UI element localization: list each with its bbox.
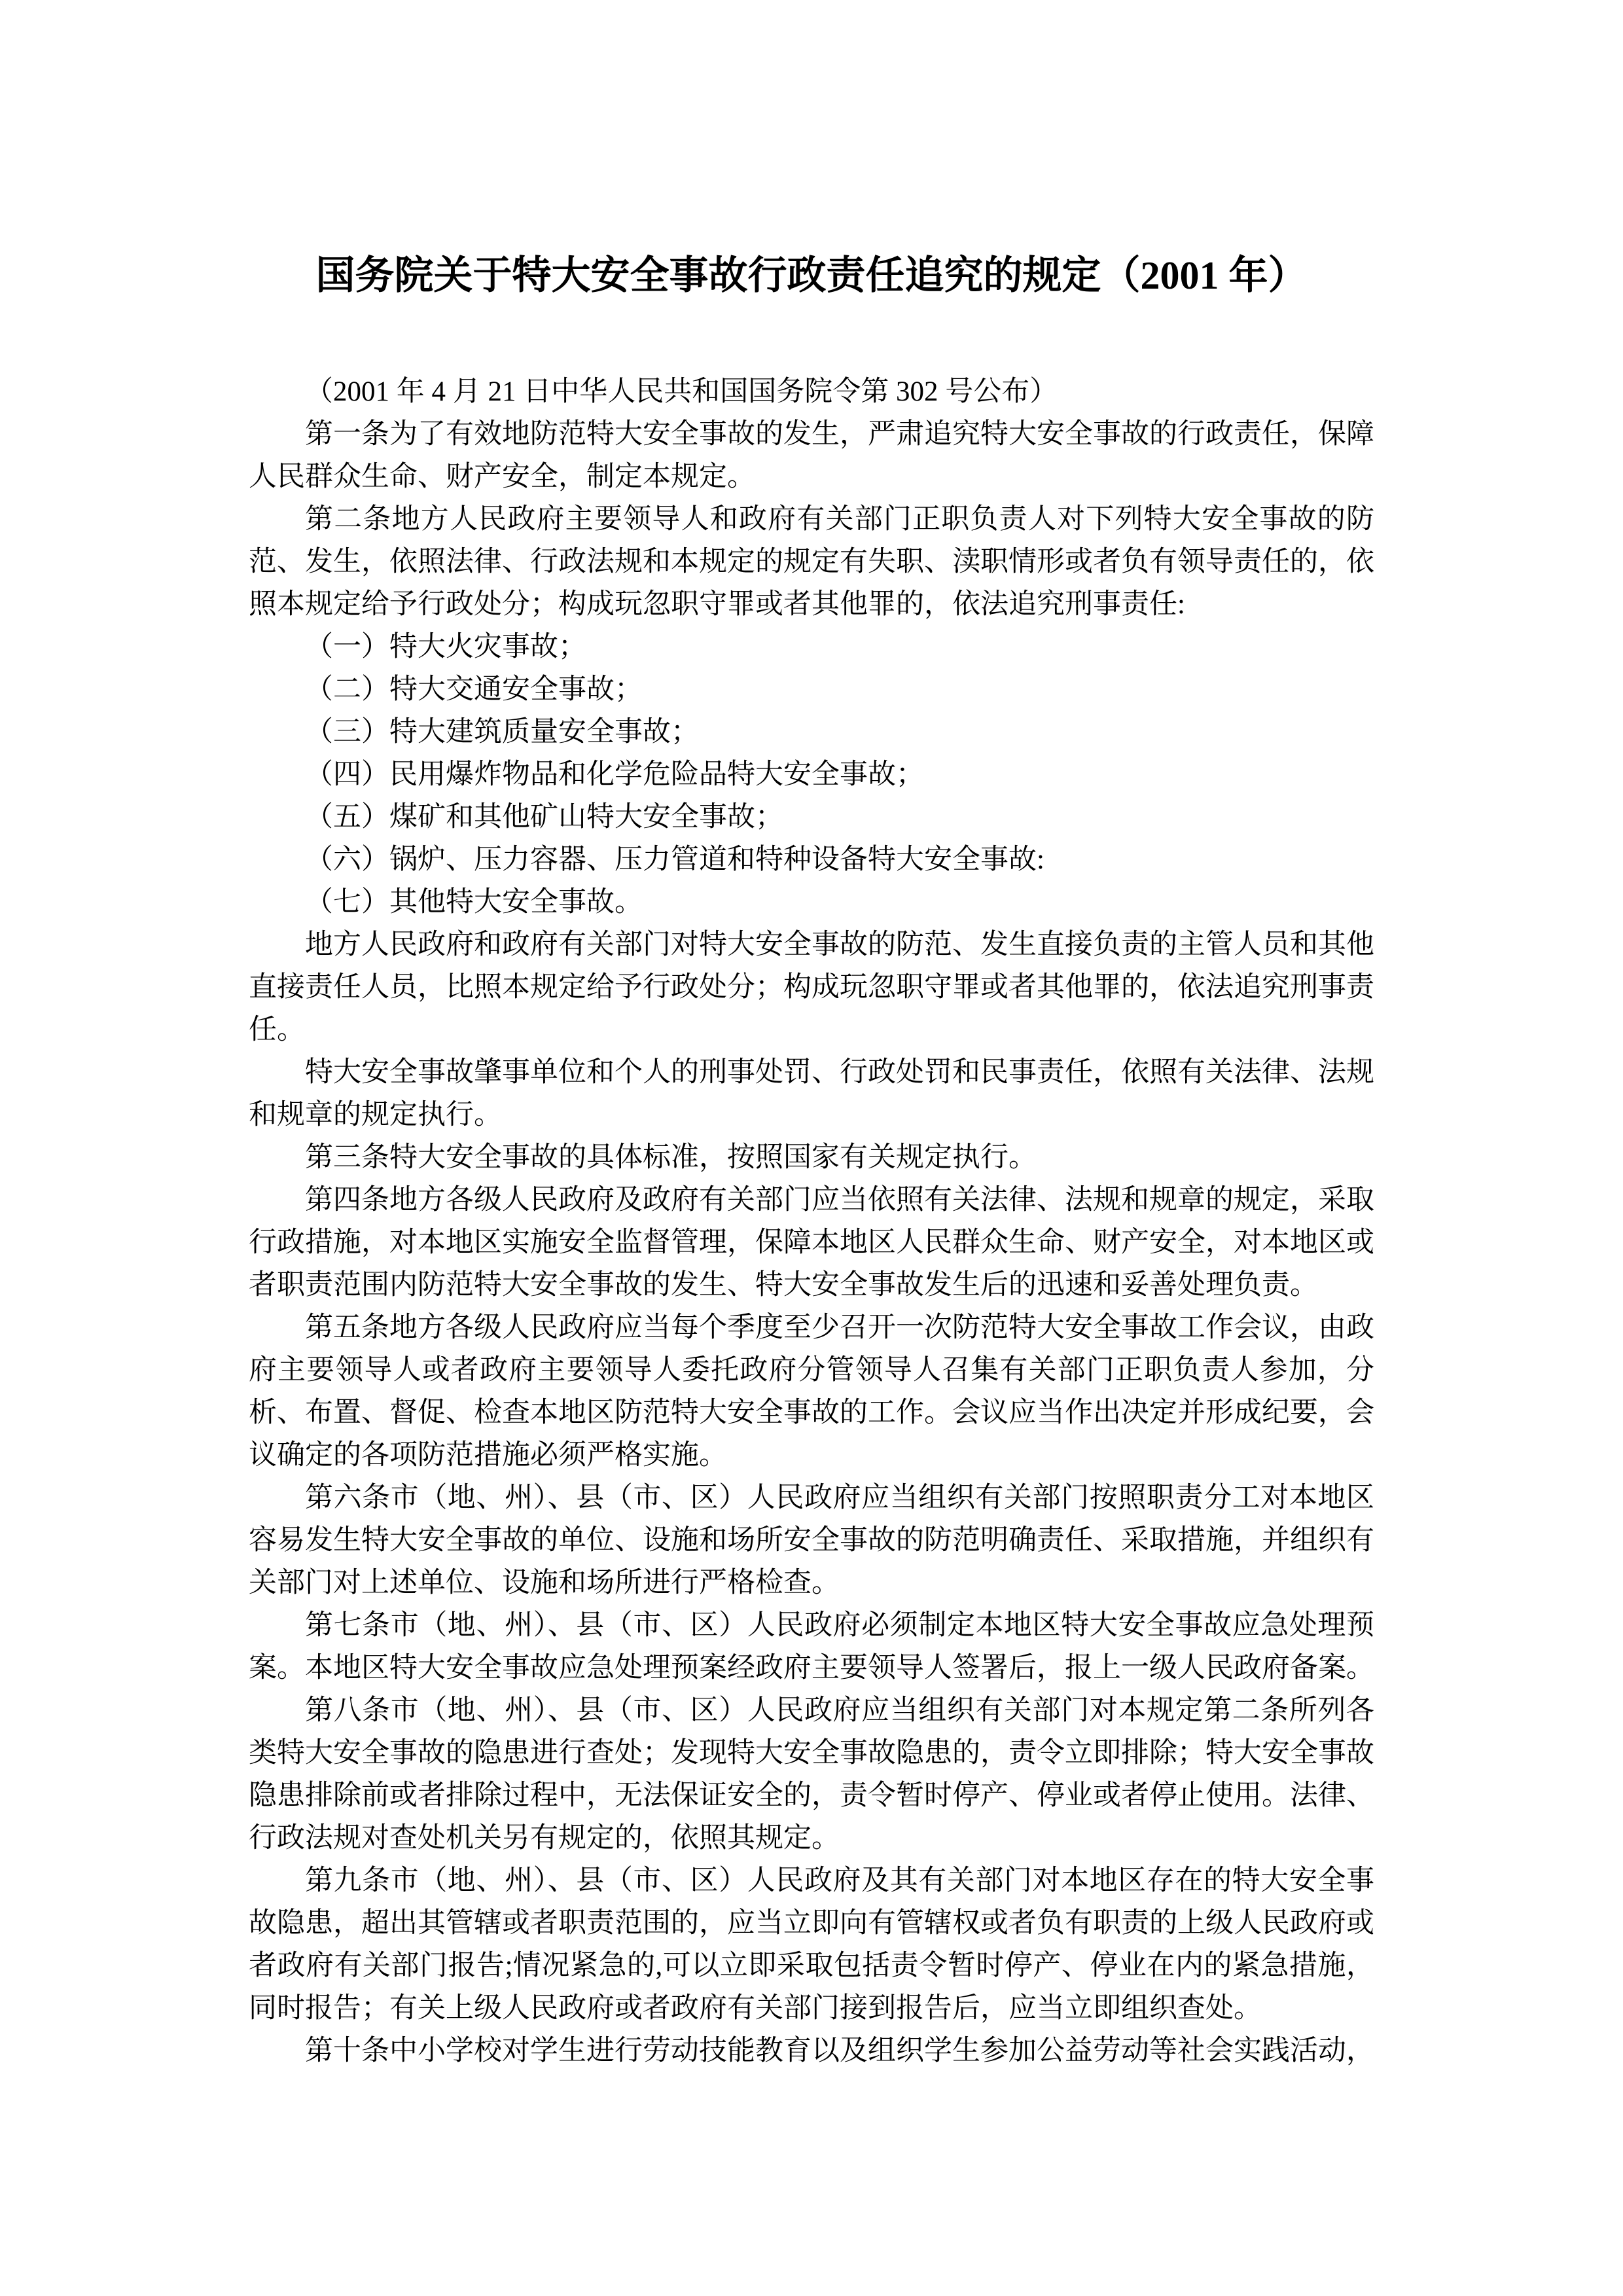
article-2-item-4: （四）民用爆炸物品和化学危险品特大安全事故； [249, 753, 1374, 796]
article-9: 第九条市（地、州）、县（市、区）人民政府及其有关部门对本地区存在的特大安全事故隐… [249, 1859, 1374, 2030]
article-2: 第二条地方人民政府主要领导人和政府有关部门正职负责人对下列特大安全事故的防范、发… [249, 498, 1374, 626]
article-8: 第八条市（地、州）、县（市、区）人民政府应当组织有关部门对本规定第二条所列各类特… [249, 1689, 1374, 1859]
article-3: 第三条特大安全事故的具体标准，按照国家有关规定执行。 [249, 1136, 1374, 1179]
article-1: 第一条为了有效地防范特大安全事故的发生，严肃追究特大安全事故的行政责任，保障人民… [249, 413, 1374, 498]
promulgation-note: （2001 年 4 月 21 日中华人民共和国国务院令第 302 号公布） [249, 370, 1374, 413]
article-2-para-3: 特大安全事故肇事单位和个人的刑事处罚、行政处罚和民事责任，依照有关法律、法规和规… [249, 1051, 1374, 1136]
article-10: 第十条中小学校对学生进行劳动技能教育以及组织学生参加公益劳动等社会实践活动， [249, 2030, 1374, 2072]
article-2-item-6: （六）锅炉、压力容器、压力管道和特种设备特大安全事故: [249, 838, 1374, 881]
article-2-item-5: （五）煤矿和其他矿山特大安全事故； [249, 796, 1374, 838]
article-2-item-1: （一）特大火灾事故； [249, 626, 1374, 668]
article-7: 第七条市（地、州）、县（市、区）人民政府必须制定本地区特大安全事故应急处理预案。… [249, 1604, 1374, 1689]
article-2-item-7: （七）其他特大安全事故。 [249, 881, 1374, 924]
article-4: 第四条地方各级人民政府及政府有关部门应当依照有关法律、法规和规章的规定，采取行政… [249, 1179, 1374, 1306]
article-2-para-2: 地方人民政府和政府有关部门对特大安全事故的防范、发生直接负责的主管人员和其他直接… [249, 924, 1374, 1051]
document-body: （2001 年 4 月 21 日中华人民共和国国务院令第 302 号公布） 第一… [249, 370, 1374, 2072]
article-2-item-2: （二）特大交通安全事故； [249, 668, 1374, 711]
article-5: 第五条地方各级人民政府应当每个季度至少召开一次防范特大安全事故工作会议，由政府主… [249, 1306, 1374, 1477]
article-2-item-3: （三）特大建筑质量安全事故； [249, 711, 1374, 753]
document-title: 国务院关于特大安全事故行政责任追究的规定（2001 年） [0, 252, 1623, 299]
document-page: 国务院关于特大安全事故行政责任追究的规定（2001 年） （2001 年 4 月… [0, 0, 1623, 2296]
article-6: 第六条市（地、州）、县（市、区）人民政府应当组织有关部门按照职责分工对本地区容易… [249, 1477, 1374, 1604]
